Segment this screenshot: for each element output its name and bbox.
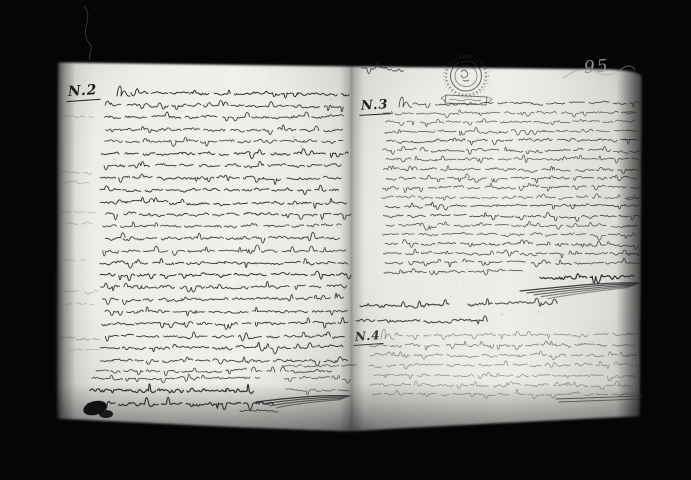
margin-label-n2: N.2 bbox=[65, 83, 100, 102]
margin-label-n4: N.4 bbox=[353, 329, 384, 346]
register-scan-photo: N.2 N.3 N.4 95 bbox=[0, 0, 691, 480]
page-number: 95 bbox=[583, 56, 610, 78]
scanner-hair bbox=[84, 6, 91, 60]
paper-pages bbox=[55, 60, 646, 432]
margin-label-n3: N.3 bbox=[359, 98, 391, 115]
